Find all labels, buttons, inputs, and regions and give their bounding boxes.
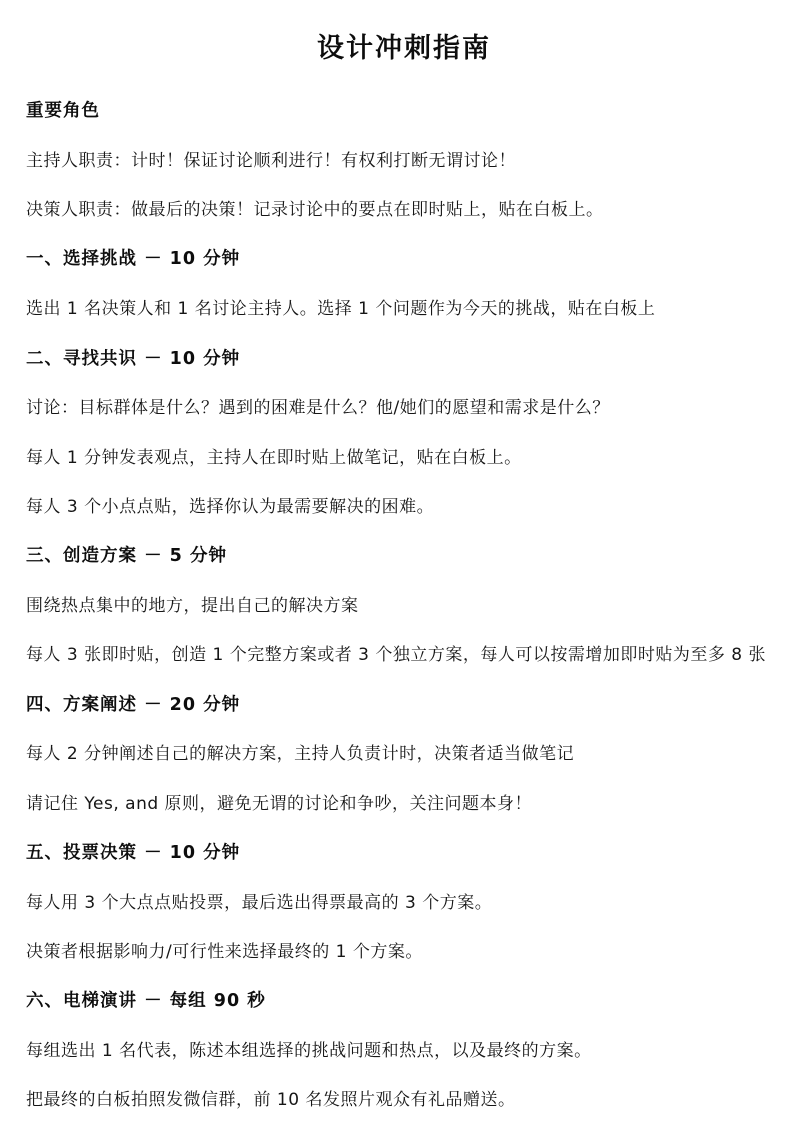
document-page: 设计冲刺指南 重要角色 主持人职责：计时！保证讨论顺利进行！有权利打断无谓讨论！… [0,0,810,1125]
doc-heading-step1: 一、选择挑战 － 10 分钟 [26,249,782,271]
document-title: 设计冲刺指南 [26,26,782,65]
doc-paragraph: 选出 1 名决策人和 1 名讨论主持人。选择 1 个问题作为今天的挑战，贴在白板… [26,299,782,320]
doc-paragraph: 决策者根据影响力/可行性来选择最终的 1 个方案。 [26,942,782,963]
doc-heading-step6: 六、电梯演讲 － 每组 90 秒 [26,991,782,1013]
doc-heading-step2: 二、寻找共识 － 10 分钟 [26,349,782,371]
doc-paragraph: 主持人职责：计时！保证讨论顺利进行！有权利打断无谓讨论！ [26,151,782,172]
doc-paragraph: 围绕热点集中的地方，提出自己的解决方案 [26,596,782,617]
doc-paragraph: 请记住 Yes, and 原则，避免无谓的讨论和争吵，关注问题本身！ [26,794,782,815]
doc-paragraph: 每人 2 分钟阐述自己的解决方案，主持人负责计时，决策者适当做笔记 [26,744,782,765]
doc-heading-step4: 四、方案阐述 － 20 分钟 [26,695,782,717]
doc-heading-step5: 五、投票决策 － 10 分钟 [26,843,782,865]
doc-heading-roles: 重要角色 [26,101,782,123]
doc-paragraph: 每人 1 分钟发表观点，主持人在即时贴上做笔记，贴在白板上。 [26,448,782,469]
doc-paragraph: 每人 3 个小点点贴，选择你认为最需要解决的困难。 [26,497,782,518]
doc-paragraph: 每组选出 1 名代表，陈述本组选择的挑战问题和热点，以及最终的方案。 [26,1041,782,1062]
doc-heading-step3: 三、创造方案 － 5 分钟 [26,546,782,568]
doc-paragraph: 每人 3 张即时贴，创造 1 个完整方案或者 3 个独立方案，每人可以按需增加即… [26,645,782,666]
doc-paragraph: 每人用 3 个大点点贴投票，最后选出得票最高的 3 个方案。 [26,893,782,914]
doc-paragraph: 讨论：目标群体是什么？遇到的困难是什么？他/她们的愿望和需求是什么？ [26,398,782,419]
doc-paragraph: 把最终的白板拍照发微信群，前 10 名发照片观众有礼品赠送。 [26,1090,782,1111]
doc-paragraph: 决策人职责：做最后的决策！记录讨论中的要点在即时贴上，贴在白板上。 [26,200,782,221]
